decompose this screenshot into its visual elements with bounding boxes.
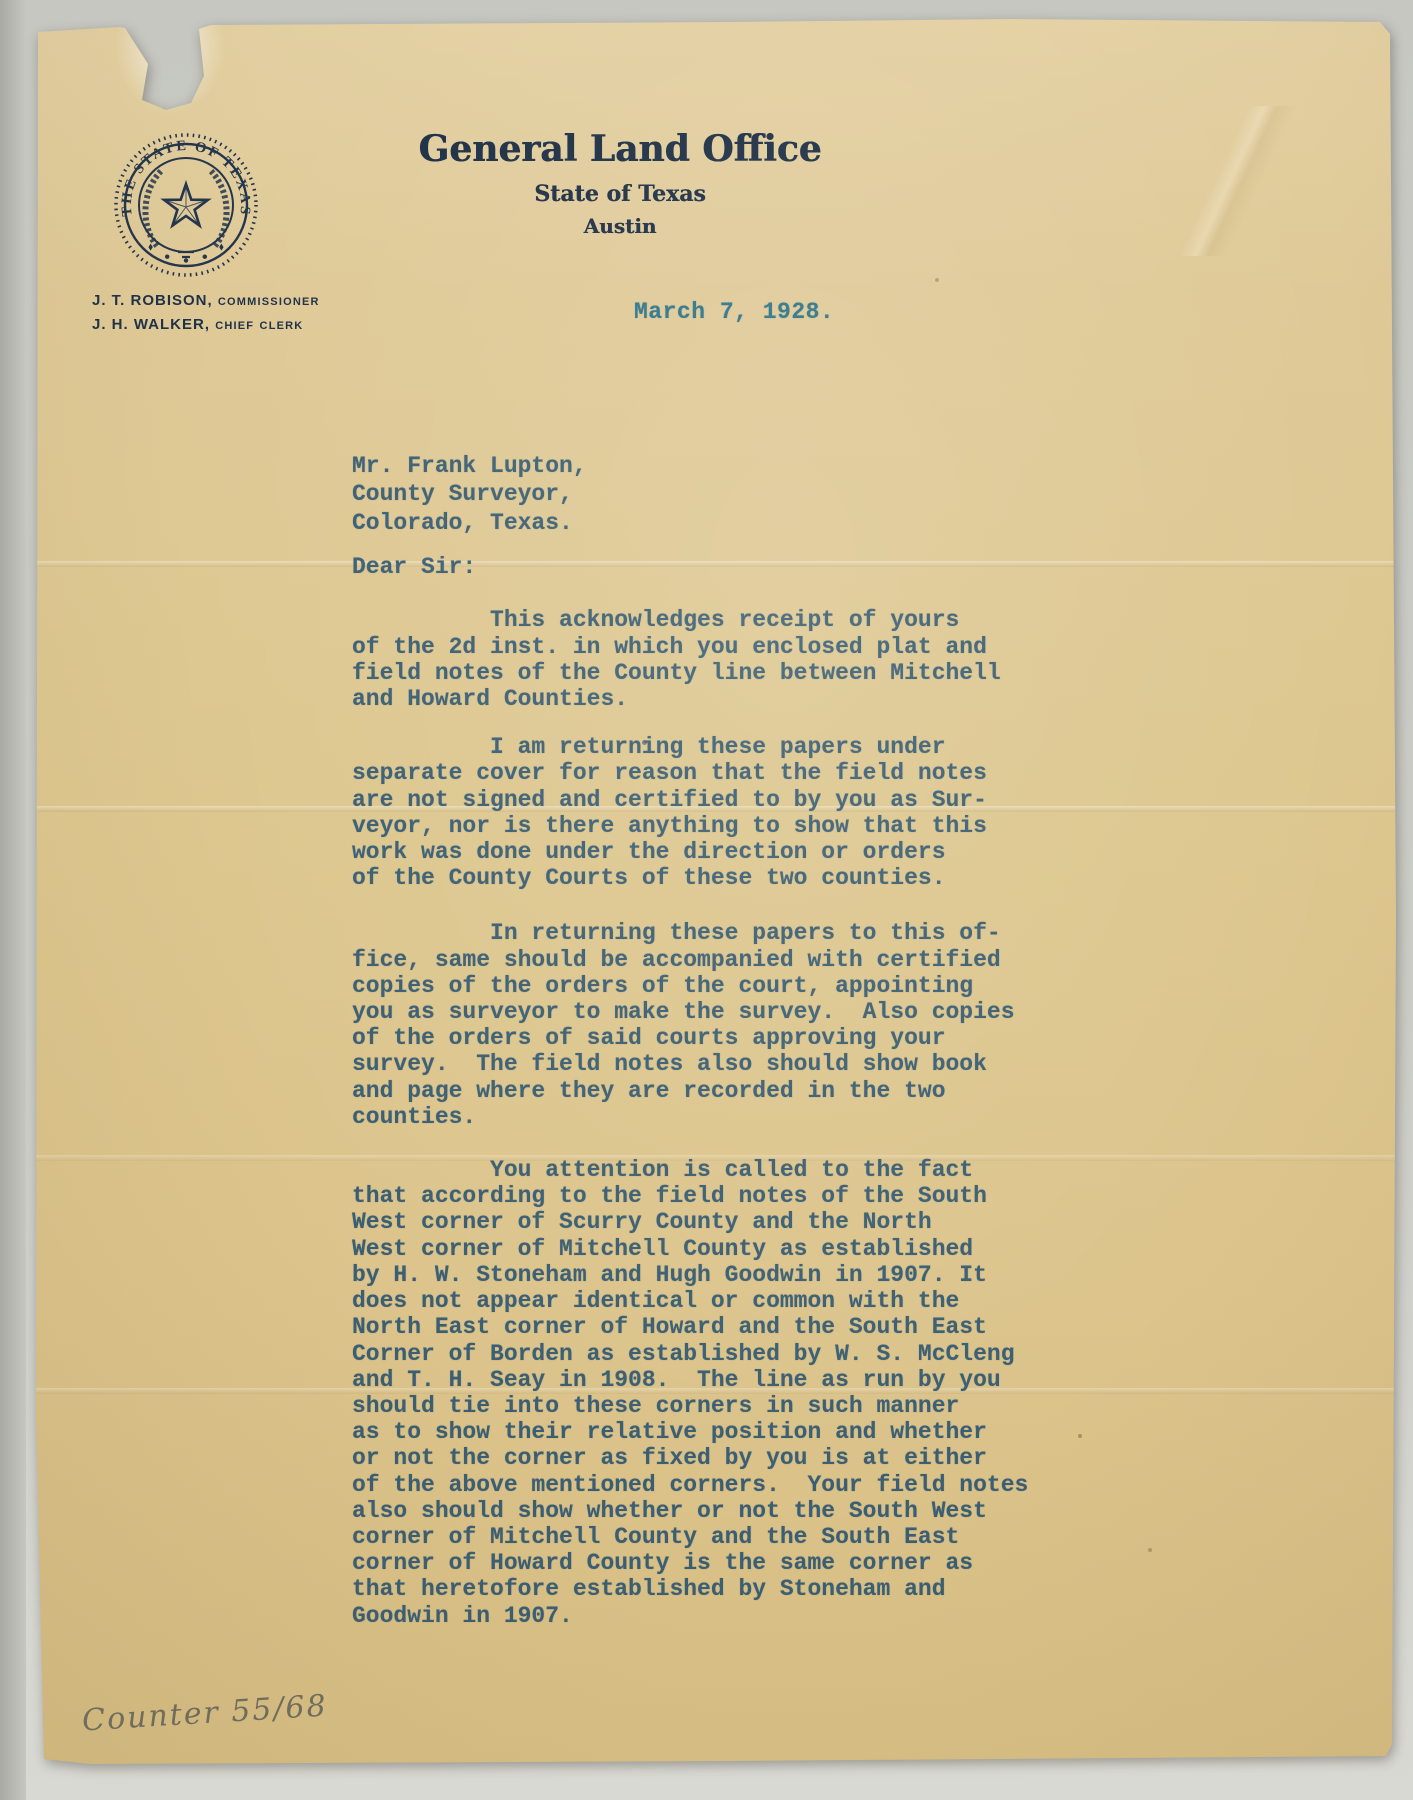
paper-speck — [642, 740, 647, 745]
seal-outer-ring — [125, 144, 247, 266]
seal-star-rays — [164, 184, 208, 226]
fold-crease — [30, 806, 1400, 812]
fold-crease — [30, 1155, 1400, 1161]
officials-block: J. T. ROBISON, Commissioner J. H. WALKER… — [92, 292, 320, 340]
seal-star-icon — [164, 184, 208, 226]
masthead-city: Austin — [280, 214, 960, 238]
fold-crease — [30, 1388, 1400, 1394]
masthead: General Land Office State of Texas Austi… — [280, 128, 960, 238]
recipient-address: Mr. Frank Lupton, County Surveyor, Color… — [352, 452, 1062, 537]
letter-body: Mr. Frank Lupton, County Surveyor, Color… — [352, 452, 1062, 1629]
tear-highlight — [110, 16, 230, 121]
seal-ornament — [219, 244, 223, 251]
letter-date: March 7, 1928. — [634, 299, 834, 325]
official-chief-clerk: J. H. WALKER, Chief Clerk — [92, 316, 320, 333]
paragraph-1: This acknowledges receipt of yours of th… — [352, 607, 1062, 712]
corner-crease — [1060, 106, 1400, 256]
paper-speck — [1148, 1548, 1152, 1552]
seal-wreath-left — [145, 171, 161, 246]
scan-background: { "letterhead": { "office": "General Lan… — [0, 0, 1413, 1800]
seal-dot — [184, 258, 188, 262]
paper-sheet: THE STATE OF TEXAS J. T. ROBISON, Commis… — [30, 16, 1400, 1768]
masthead-office-title: General Land Office — [280, 128, 960, 170]
seal-dot — [203, 255, 207, 259]
texas-state-seal: THE STATE OF TEXAS — [111, 130, 261, 280]
official-title: Commissioner — [218, 292, 320, 309]
seal-ribbon — [178, 252, 194, 257]
seal-arc-text: THE STATE OF TEXAS — [119, 138, 254, 218]
official-title: Chief Clerk — [215, 316, 303, 333]
official-commissioner: J. T. ROBISON, Commissioner — [92, 292, 320, 309]
seal-inner-ring — [139, 158, 233, 252]
paragraph-2: I am returning these papers under separa… — [352, 734, 1062, 891]
svg-text:THE STATE OF TEXAS: THE STATE OF TEXAS — [119, 138, 254, 218]
salutation: Dear Sir: — [352, 554, 1062, 580]
letter-page: THE STATE OF TEXAS J. T. ROBISON, Commis… — [30, 16, 1400, 1768]
paper-speck — [935, 278, 939, 282]
official-name: J. T. ROBISON, — [92, 292, 213, 309]
handwritten-annotation: Counter 55/68 — [81, 1689, 328, 1739]
seal-dotted-ring — [116, 135, 256, 275]
paper-speck — [1078, 1434, 1082, 1438]
seal-dot — [165, 255, 169, 259]
official-name: J. H. WALKER, — [92, 316, 210, 333]
masthead-state: State of Texas — [280, 181, 960, 207]
seal-wreath-right — [211, 171, 227, 246]
paragraph-4: You attention is called to the fact that… — [352, 1157, 1062, 1629]
paragraph-3: In returning these papers to this of- fi… — [352, 920, 1062, 1130]
seal-ornament — [148, 244, 152, 251]
fold-crease — [30, 561, 1400, 567]
